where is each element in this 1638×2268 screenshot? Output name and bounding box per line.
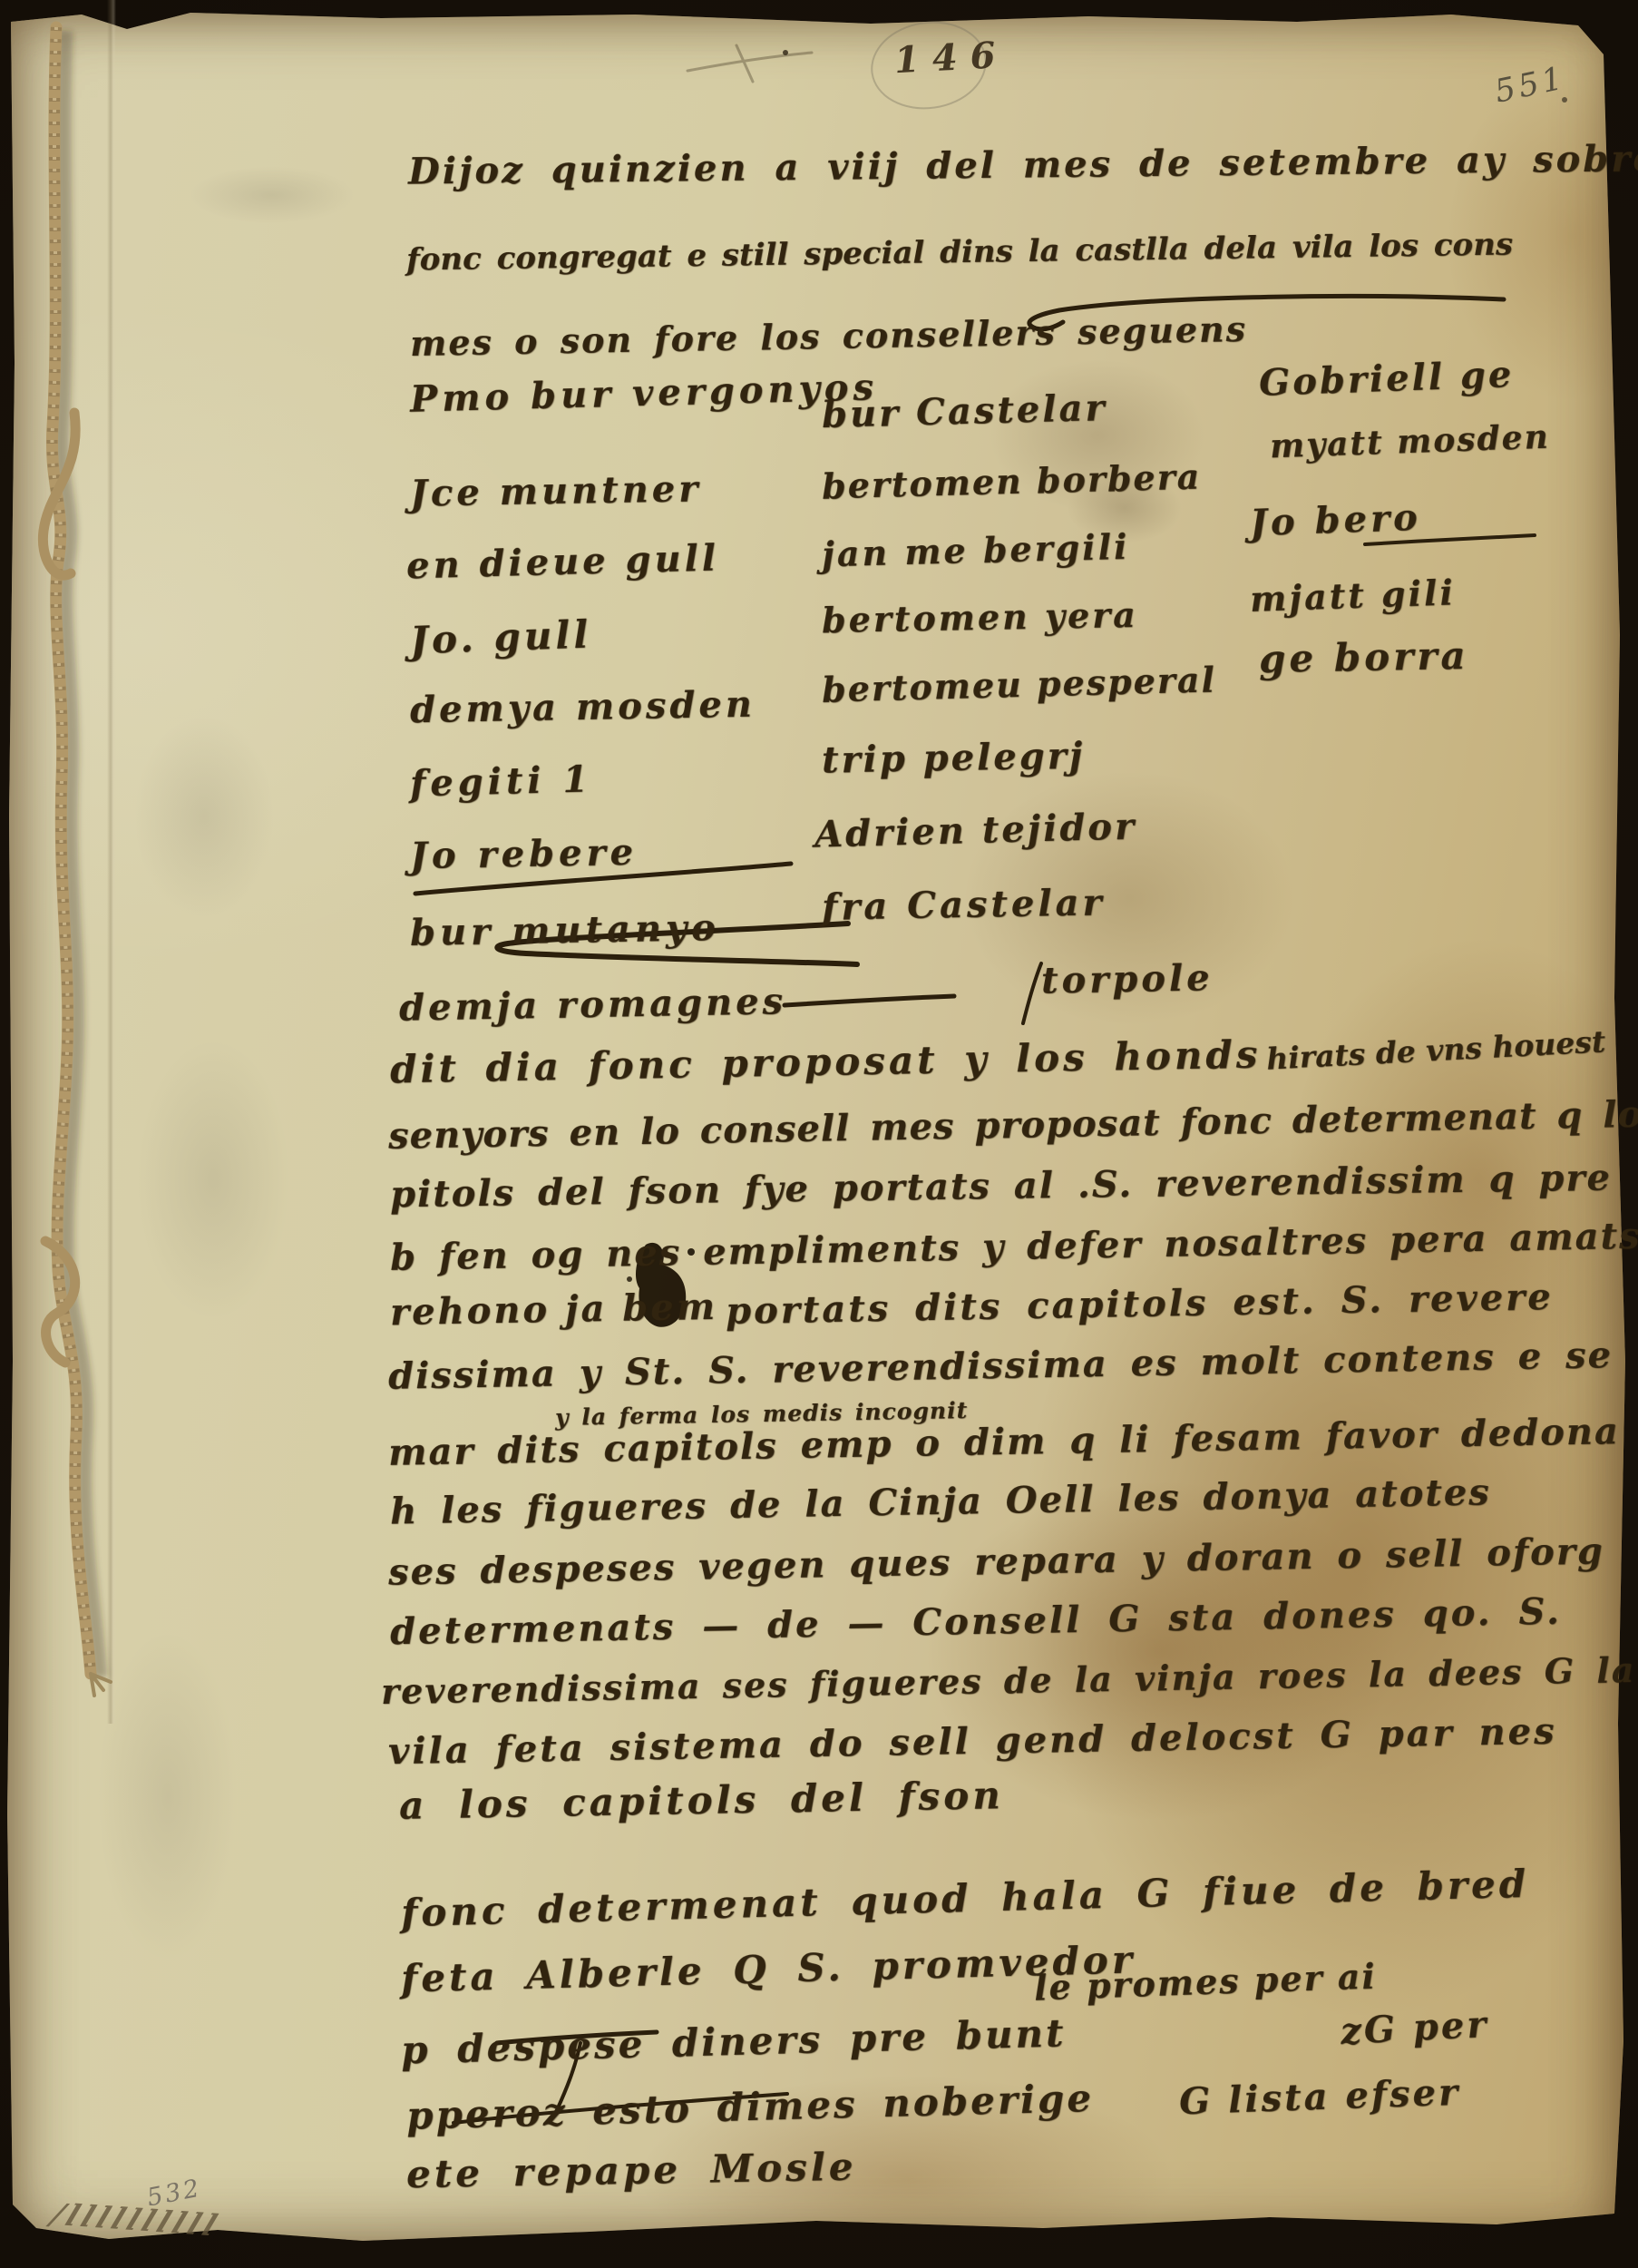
attendee-name: trip pelegrj [822,734,1086,781]
attendee-name: fra Castelar [822,881,1106,928]
attendee-name: Jo rebere [410,831,639,877]
attendee-name: Jce muntner [410,467,702,515]
attendee-name: torpole [1041,956,1214,1002]
attendee-name: fegiti 1 [409,758,592,805]
manuscript-line: rehono ja bem [390,1286,718,1334]
manuscript-line: zG per [1340,2003,1490,2053]
attendee-name: mjatt gili [1249,572,1456,620]
folio-number-top: 146 [893,34,1009,83]
attendee-name: Jo. gull [409,612,592,663]
attendee-name: bur mutanyo [410,906,721,954]
attendee-name: demja romagnes [399,980,787,1029]
attendee-name: Jo bero [1249,496,1421,545]
attendee-name: ge borra [1259,633,1469,681]
binding-fold-crease [107,0,116,1724]
attendee-name: bertomen yera [822,594,1139,640]
manuscript-line: ete repape Mosle [406,2145,857,2197]
attendee-name: Gobriell ge [1258,353,1515,405]
attendee-name: demya mosden [410,683,756,732]
attendee-name: Adrien tejidor [814,805,1136,855]
attendee-name: en dieue gull [405,536,719,587]
manuscript-scan: { "page": { "folio_number_top": "146", "… [0,0,1638,2268]
attendee-name: jan me bergili [821,526,1130,575]
attendee-name: bur Castelar [821,386,1107,436]
